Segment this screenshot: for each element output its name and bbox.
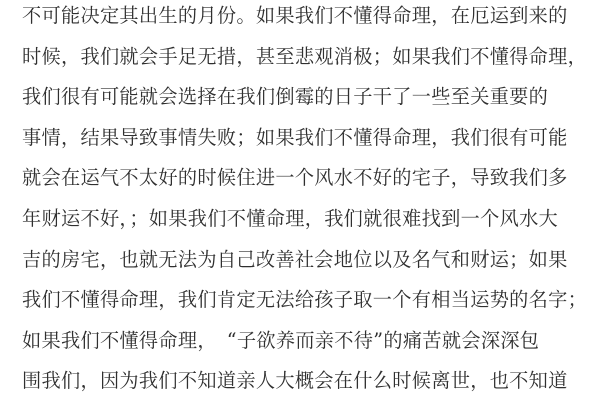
text-line: 事情，结果导致事情失败；如果我们不懂得命理，我们很有可能 (22, 118, 542, 159)
text-line: 就会在运气不太好的时候住进一个风水不好的宅子，导致我们多 (22, 158, 542, 199)
text-line: 如果我们不懂得命理， “子欲养而亲不待”的痛苦就会深深包 (22, 321, 542, 362)
text-line: 时候，我们就会手足无措，甚至悲观消极；如果我们不懂得命理， (22, 37, 542, 78)
text-line: 不可能决定其出生的月份。如果我们不懂得命理，在厄运到来的 (22, 0, 542, 37)
text-line: 围我们，因为我们不知道亲人大概会在什么时候离世，也不知道 (22, 361, 542, 400)
text-line: 年财运不好，；如果我们不懂命理，我们就很难找到一个风水大 (22, 199, 542, 240)
text-line: 我们不懂得命理，我们肯定无法给孩子取一个有相当运势的名字； (22, 280, 542, 321)
text-line: 吉的房宅，也就无法为自己改善社会地位以及名气和财运；如果 (22, 240, 542, 281)
text-line: 我们很有可能就会选择在我们倒霉的日子干了一些至关重要的 (22, 77, 542, 118)
document-body: 不可能决定其出生的月份。如果我们不懂得命理，在厄运到来的 时候，我们就会手足无措… (22, 0, 542, 400)
